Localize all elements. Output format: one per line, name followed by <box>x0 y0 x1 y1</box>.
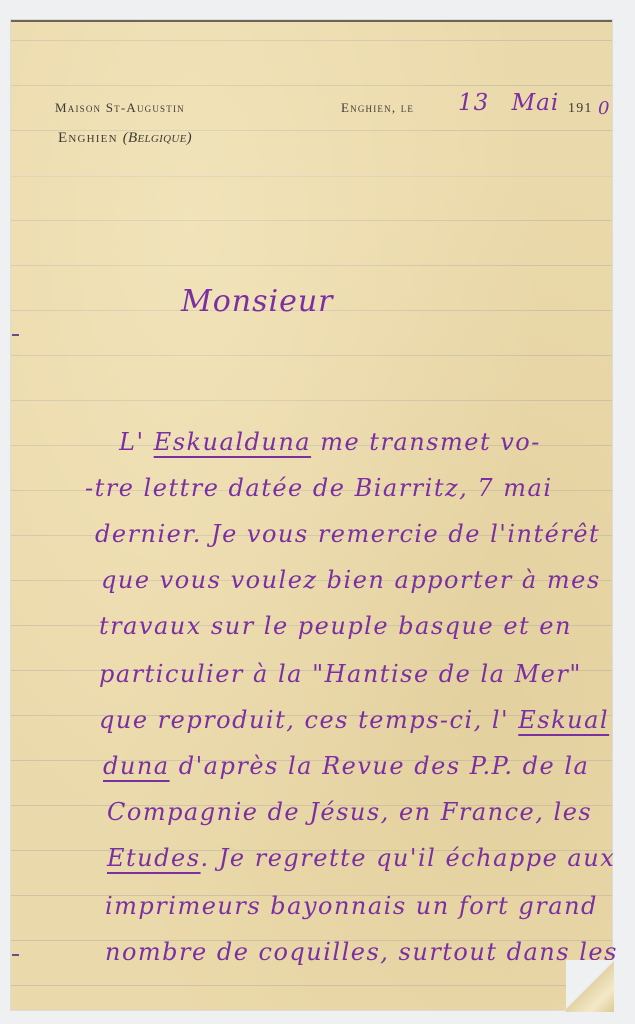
date-day: 13 <box>458 90 489 116</box>
body-line-6: particulier à la "Hantise de la Mer" <box>99 660 582 688</box>
line-text: L' <box>119 428 154 456</box>
scanned-letter: Maison St-Augustin Enghien (Belgique) En… <box>0 0 635 1024</box>
body-line-1: L' Eskualduna me transmet vo- <box>119 428 541 456</box>
line-text: d'après la Revue des P.P. de la <box>170 752 590 780</box>
body-line-5: travaux sur le peuple basque et en <box>99 612 572 640</box>
underlined-newspaper-title: Eskual <box>518 706 609 734</box>
margin-ink-mark <box>12 954 19 956</box>
margin-ink-mark <box>12 334 19 336</box>
printed-year: 191 <box>568 101 593 117</box>
body-line-11: imprimeurs bayonnais un fort grand <box>105 892 598 920</box>
line-text: me transmet vo- <box>311 428 541 456</box>
body-line-2: -tre lettre datée de Biarritz, 7 mai <box>85 474 553 502</box>
letterhead-location: Enghien (Belgique) <box>58 130 192 147</box>
body-line-7: que reproduit, ces temps-ci, l' Eskual <box>99 706 609 734</box>
underlined-newspaper-title: Eskualduna <box>154 428 311 456</box>
body-line-8: duna d'après la Revue des P.P. de la <box>103 752 589 780</box>
date-prefix: Enghien, le <box>341 100 414 115</box>
paper-fold-line <box>11 175 612 177</box>
underlined-newspaper-title-cont: duna <box>103 752 170 780</box>
organization-name: Maison St-Augustin <box>55 100 185 115</box>
body-line-10: Etudes. Je regrette qu'il échappe aux <box>107 844 615 872</box>
body-line-3: dernier. Je vous remercie de l'intérêt <box>95 520 600 548</box>
letter-paper: Maison St-Augustin Enghien (Belgique) En… <box>11 20 612 1010</box>
date-month: Mai <box>512 90 560 116</box>
underlined-review-title: Etudes <box>107 844 201 872</box>
line-text: . Je regrette qu'il échappe aux <box>201 844 616 872</box>
body-line-4: que vous voulez bien apporter à mes <box>101 566 601 594</box>
year-last-digit: 0 <box>598 98 609 119</box>
handwritten-date: 13 Mai <box>458 90 559 116</box>
letterhead-organization: Maison St-Augustin <box>55 100 185 116</box>
handwritten-year-digit: 0 <box>598 98 609 119</box>
salutation: Monsieur <box>181 284 334 319</box>
location-country: (Belgique) <box>123 130 192 146</box>
printed-year-digits: 191 <box>568 101 593 116</box>
location-name: Enghien <box>58 130 118 146</box>
line-text: que reproduit, ces temps-ci, l' <box>99 706 518 734</box>
body-line-9: Compagnie de Jésus, en France, les <box>107 798 592 826</box>
body-line-12: nombre de coquilles, surtout dans les <box>105 938 618 966</box>
letterhead-date-prefix: Enghien, le <box>341 100 414 116</box>
